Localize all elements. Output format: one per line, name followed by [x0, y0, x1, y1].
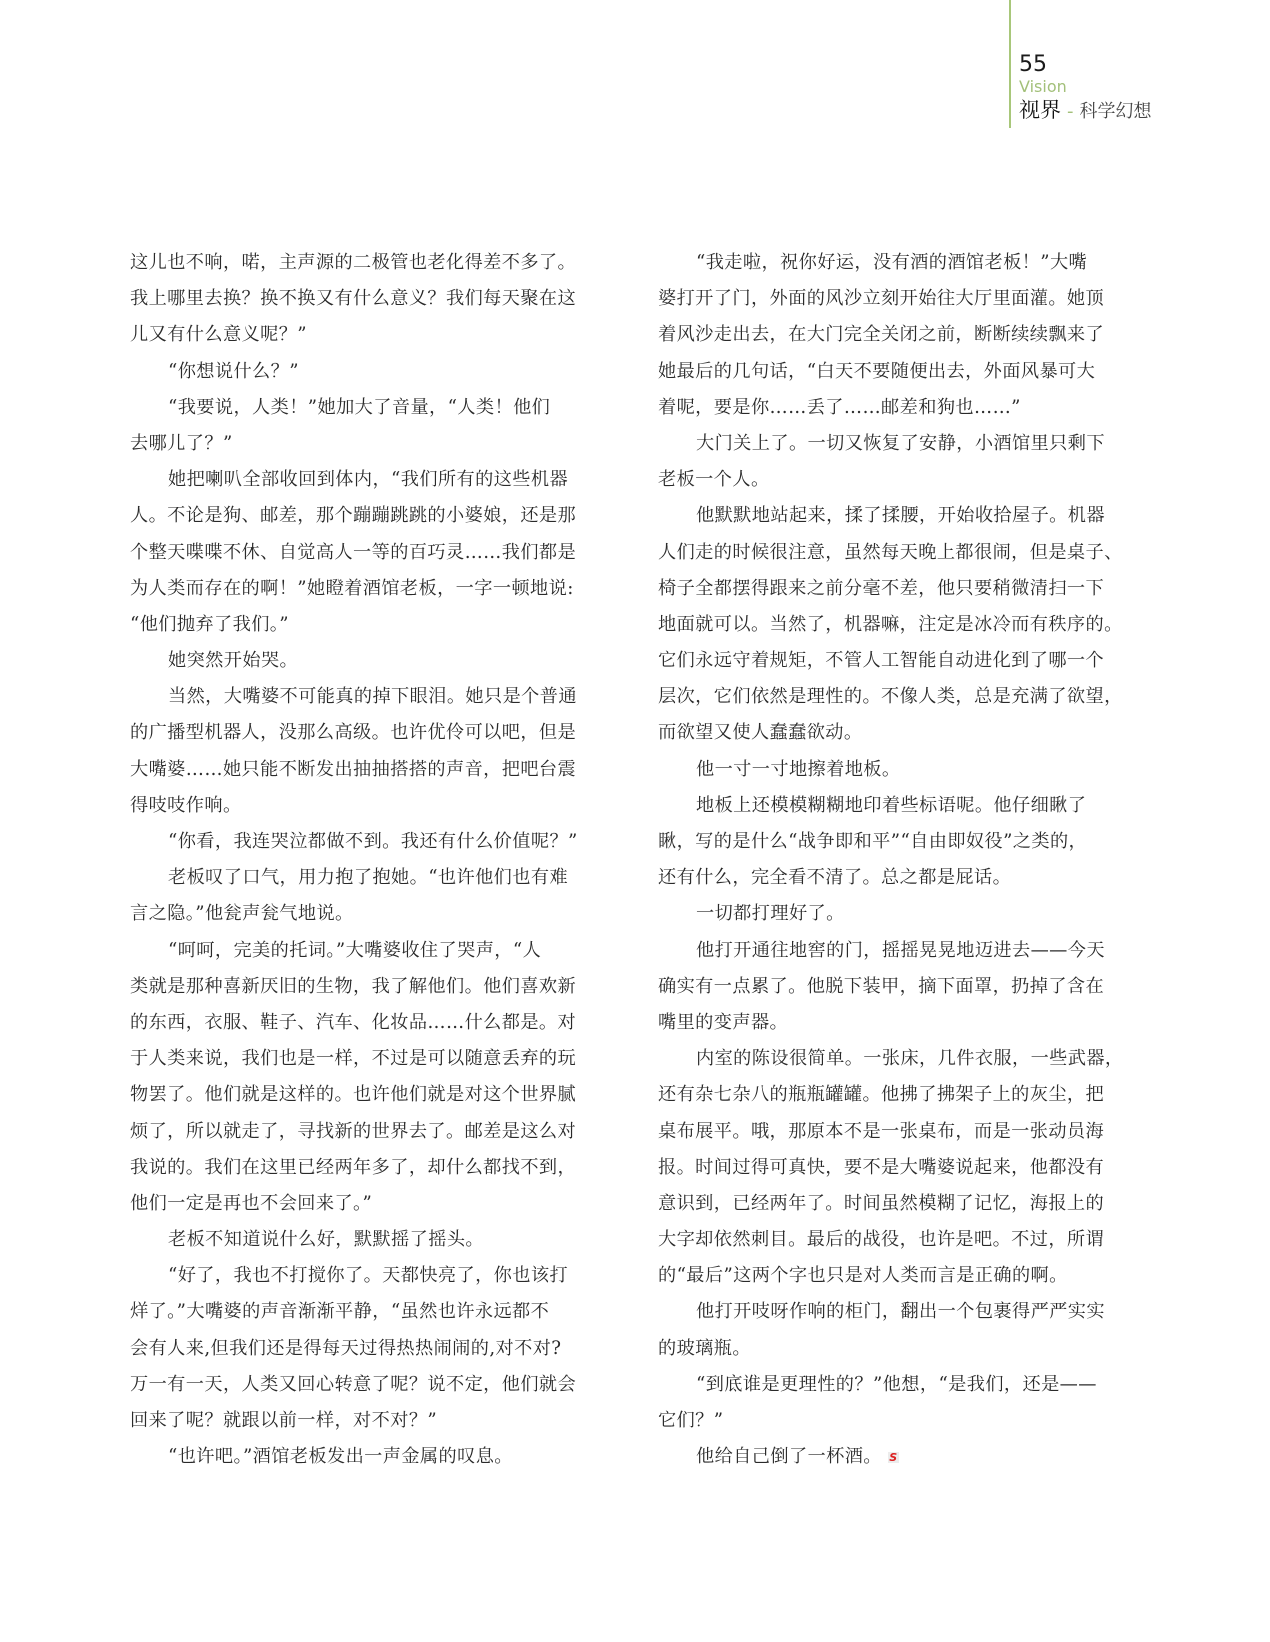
text-line-content: 它们？”: [658, 1410, 723, 1431]
text-line: “也许吧。”酒馆老板发出一声金属的叹息。: [130, 1439, 586, 1475]
text-line: 她突然开始哭。: [130, 643, 586, 679]
text-line-content: 于人类来说，我们也是一样，不过是可以随意丢弃的玩: [130, 1048, 576, 1069]
text-line: 桌布展平。哦，那原本不是一张桌布，而是一张动员海: [658, 1114, 1114, 1150]
text-line-content: 层次，它们依然是理性的。不像人类，总是充满了欲望，: [658, 686, 1123, 707]
text-line: 烦了，所以就走了，寻找新的世界去了。邮差是这么对: [130, 1114, 586, 1150]
right-text-column: “我走啦，祝你好运，没有酒的酒馆老板！”大嘴婆打开了门，外面的风沙立刻开始往大厅…: [658, 245, 1114, 1475]
text-line-content: “呵呵，完美的托词。”大嘴婆收住了哭声，“人: [168, 940, 541, 961]
text-line-content: 老板一个人。: [658, 469, 770, 490]
text-line: 为人类而存在的啊！”她瞪着酒馆老板，一字一顿地说:: [130, 571, 586, 607]
text-line-content: 他打开吱呀作响的柜门，翻出一个包裹得严严实实: [696, 1301, 1105, 1322]
text-line: 老板不知道说什么好，默默摇了摇头。: [130, 1222, 586, 1258]
text-line-content: 桌布展平。哦，那原本不是一张桌布，而是一张动员海: [658, 1121, 1104, 1142]
text-line-content: 嘴里的变声器。: [658, 1012, 788, 1033]
text-line: 它们永远守着规矩，不管人工智能自动进化到了哪一个: [658, 643, 1114, 679]
text-line-content: 确实有一点累了。他脱下装甲，摘下面罩，扔掉了含在: [658, 976, 1104, 997]
text-line: 老板一个人。: [658, 462, 1114, 498]
text-line-content: 会有人来,但我们还是得每天过得热热闹闹的,对不对?: [130, 1338, 561, 1359]
text-line-content: 人们走的时候很注意，虽然每天晚上都很闹，但是桌子、: [658, 542, 1123, 563]
text-line-content: 得吱吱作响。: [130, 795, 242, 816]
text-line: 的广播型机器人，没那么高级。也许优伶可以吧，但是: [130, 715, 586, 751]
text-line-content: 而欲望又使人蠢蠢欲动。: [658, 722, 862, 743]
text-line-content: “他们抛弃了我们。”: [130, 614, 289, 635]
text-line: “你看，我连哭泣都做不到。我还有什么价值呢？”: [130, 824, 586, 860]
text-line: 着风沙走出去，在大门完全关闭之前，断断续续飘来了: [658, 317, 1114, 353]
text-line-content: 的“最后”这两个字也只是对人类而言是正确的啊。: [658, 1265, 1068, 1286]
header-divider-line: [1009, 0, 1011, 128]
text-line: 得吱吱作响。: [130, 788, 586, 824]
left-text-column: 这儿也不响，喏，主声源的二极管也老化得差不多了。我上哪里去换？换不换又有什么意义…: [130, 245, 586, 1475]
text-line: 言之隐。”他瓮声瓮气地说。: [130, 896, 586, 932]
text-line: 它们？”: [658, 1403, 1114, 1439]
text-line: 老板叹了口气，用力抱了抱她。“也许他们也有难: [130, 860, 586, 896]
text-line: “到底谁是更理性的？”他想，“是我们，还是——: [658, 1367, 1114, 1403]
text-line-content: 我说的。我们在这里已经两年多了，却什么都找不到，: [130, 1157, 576, 1178]
text-line: “我要说，人类！”她加大了音量，“人类！他们: [130, 390, 586, 426]
text-line-content: 的玻璃瓶。: [658, 1338, 751, 1359]
text-line: “好了，我也不打搅你了。天都快亮了，你也该打: [130, 1258, 586, 1294]
text-line: 确实有一点累了。他脱下装甲，摘下面罩，扔掉了含在: [658, 969, 1114, 1005]
vision-label: Vision: [1019, 78, 1152, 96]
text-line-content: 她突然开始哭。: [168, 650, 298, 671]
text-line: 类就是那种喜新厌旧的生物，我了解他们。他们喜欢新: [130, 969, 586, 1005]
text-line-content: 烦了，所以就走了，寻找新的世界去了。邮差是这么对: [130, 1121, 576, 1142]
text-line-content: 还有什么，完全看不清了。总之都是屁话。: [658, 867, 1011, 888]
text-line-content: 儿又有什么意义呢？”: [130, 324, 307, 345]
text-line: 意识到，已经两年了。时间虽然模糊了记忆，海报上的: [658, 1186, 1114, 1222]
text-line: 他给自己倒了一杯酒。S: [658, 1439, 1114, 1475]
text-line: 人们走的时候很注意，虽然每天晚上都很闹，但是桌子、: [658, 535, 1114, 571]
text-line: 婆打开了门，外面的风沙立刻开始往大厅里面灌。她顶: [658, 281, 1114, 317]
text-line-content: 她最后的几句话，“白天不要随便出去，外面风暴可大: [658, 361, 1095, 382]
text-line-content: 着呢，要是你……丢了……邮差和狗也……”: [658, 397, 1021, 418]
text-line: 嘴里的变声器。: [658, 1005, 1114, 1041]
text-line: 大字却依然刺目。最后的战役，也许是吧。不过，所谓: [658, 1222, 1114, 1258]
text-line-content: 去哪儿了？”: [130, 433, 233, 454]
text-line-content: 类就是那种喜新厌旧的生物，我了解他们。他们喜欢新: [130, 976, 576, 997]
text-line-content: 他默默地站起来，揉了揉腰，开始收拾屋子。机器: [696, 505, 1105, 526]
page-number: 55: [1019, 52, 1152, 78]
text-line-content: 婆打开了门，外面的风沙立刻开始往大厅里面灌。她顶: [658, 288, 1104, 309]
text-line: 的玻璃瓶。: [658, 1331, 1114, 1367]
text-line-content: 还有杂七杂八的瓶瓶罐罐。他拂了拂架子上的灰尘，把: [658, 1084, 1104, 1105]
text-line-content: 大门关上了。一切又恢复了安静，小酒馆里只剩下: [696, 433, 1105, 454]
text-line-content: 着风沙走出去，在大门完全关闭之前，断断续续飘来了: [658, 324, 1104, 345]
text-line-content: 他一寸一寸地擦着地板。: [696, 759, 900, 780]
section-separator: -: [1067, 101, 1074, 122]
text-line-content: 的东西，衣服、鞋子、汽车、化妆品……什么都是。对: [130, 1012, 576, 1033]
text-line: 她最后的几句话，“白天不要随便出去，外面风暴可大: [658, 354, 1114, 390]
text-line-content: 椅子全都摆得跟来之前分毫不差，他只要稍微清扫一下: [658, 578, 1104, 599]
text-line: 她把喇叭全部收回到体内，“我们所有的这些机器: [130, 462, 586, 498]
text-line-content: 地面就可以。当然了，机器嘛，注定是冰冷而有秩序的。: [658, 614, 1123, 635]
text-line-content: 当然，大嘴婆不可能真的掉下眼泪。她只是个普通: [168, 686, 577, 707]
section-subtitle: 科学幻想: [1080, 101, 1152, 122]
text-line-content: 回来了呢？就跟以前一样，对不对？”: [130, 1410, 437, 1431]
text-line: 去哪儿了？”: [130, 426, 586, 462]
text-line-content: 为人类而存在的啊！”她瞪着酒馆老板，一字一顿地说:: [130, 578, 574, 599]
text-line: 地板上还模模糊糊地印着些标语呢。他仔细瞅了: [658, 788, 1114, 824]
text-line: 个整天喋喋不休、自觉高人一等的百巧灵……我们都是: [130, 535, 586, 571]
text-line-content: 他们一定是再也不会回来了。”: [130, 1193, 372, 1214]
text-line: 椅子全都摆得跟来之前分毫不差，他只要稍微清扫一下: [658, 571, 1114, 607]
text-line-content: 这儿也不响，喏，主声源的二极管也老化得差不多了。: [130, 252, 576, 273]
text-line: 当然，大嘴婆不可能真的掉下眼泪。她只是个普通: [130, 679, 586, 715]
text-line: 他默默地站起来，揉了揉腰，开始收拾屋子。机器: [658, 498, 1114, 534]
text-line: 儿又有什么意义呢？”: [130, 317, 586, 353]
text-line: 着呢，要是你……丢了……邮差和狗也……”: [658, 390, 1114, 426]
text-line-content: 大嘴婆……她只能不断发出抽抽搭搭的声音，把吧台震: [130, 759, 576, 780]
text-line: 地面就可以。当然了，机器嘛，注定是冰冷而有秩序的。: [658, 607, 1114, 643]
text-line-content: 老板不知道说什么好，默默摇了摇头。: [168, 1229, 484, 1250]
text-line: 大门关上了。一切又恢复了安静，小酒馆里只剩下: [658, 426, 1114, 462]
text-line-content: 人。不论是狗、邮差，那个蹦蹦跳跳的小婆娘，还是那: [130, 505, 576, 526]
text-line-content: “你看，我连哭泣都做不到。我还有什么价值呢？”: [168, 831, 578, 852]
text-line: 瞅，写的是什么“战争即和平”“自由即奴役”之类的，: [658, 824, 1114, 860]
text-line-content: “我要说，人类！”她加大了音量，“人类！他们: [168, 397, 550, 418]
text-line-content: 言之隐。”他瓮声瓮气地说。: [130, 903, 354, 924]
text-line: 的东西，衣服、鞋子、汽车、化妆品……什么都是。对: [130, 1005, 586, 1041]
text-line: 一切都打理好了。: [658, 896, 1114, 932]
text-line-content: 地板上还模模糊糊地印着些标语呢。他仔细瞅了: [696, 795, 1086, 816]
text-line: 会有人来,但我们还是得每天过得热热闹闹的,对不对?: [130, 1331, 586, 1367]
text-line-content: 我上哪里去换？换不换又有什么意义？我们每天聚在这: [130, 288, 576, 309]
text-line-content: 他给自己倒了一杯酒。: [696, 1446, 882, 1467]
text-line: 万一有一天，人类又回心转意了呢？说不定，他们就会: [130, 1367, 586, 1403]
text-line: 物罢了。他们就是这样的。也许他们就是对这个世界腻: [130, 1077, 586, 1113]
text-line-content: 报。时间过得可真快，要不是大嘴婆说起来，他都没有: [658, 1157, 1104, 1178]
text-line: 还有什么，完全看不清了。总之都是屁话。: [658, 860, 1114, 896]
text-line: 我上哪里去换？换不换又有什么意义？我们每天聚在这: [130, 281, 586, 317]
text-line: “你想说什么？”: [130, 354, 586, 390]
text-line: 这儿也不响，喏，主声源的二极管也老化得差不多了。: [130, 245, 586, 281]
text-line: 层次，它们依然是理性的。不像人类，总是充满了欲望，: [658, 679, 1114, 715]
text-line-content: 老板叹了口气，用力抱了抱她。“也许他们也有难: [168, 867, 568, 888]
section-heading: 视界-科学幻想: [1019, 96, 1152, 126]
text-line-content: 的广播型机器人，没那么高级。也许优伶可以吧，但是: [130, 722, 576, 743]
text-line-content: 意识到，已经两年了。时间虽然模糊了记忆，海报上的: [658, 1193, 1104, 1214]
text-line-content: 他打开通往地窖的门，摇摇晃晃地迈进去——今天: [696, 940, 1105, 961]
text-line: 报。时间过得可真快，要不是大嘴婆说起来，他都没有: [658, 1150, 1114, 1186]
text-line-content: 物罢了。他们就是这样的。也许他们就是对这个世界腻: [130, 1084, 576, 1105]
text-line-content: “你想说什么？”: [168, 361, 299, 382]
text-line-content: 大字却依然刺目。最后的战役，也许是吧。不过，所谓: [658, 1229, 1104, 1250]
text-line-content: 一切都打理好了。: [696, 903, 845, 924]
text-line: 人。不论是狗、邮差，那个蹦蹦跳跳的小婆娘，还是那: [130, 498, 586, 534]
text-line: 还有杂七杂八的瓶瓶罐罐。他拂了拂架子上的灰尘，把: [658, 1077, 1114, 1113]
text-line-content: 万一有一天，人类又回心转意了呢？说不定，他们就会: [130, 1374, 576, 1395]
text-line: 他打开吱呀作响的柜门，翻出一个包裹得严严实实: [658, 1294, 1114, 1330]
text-line: 回来了呢？就跟以前一样，对不对？”: [130, 1403, 586, 1439]
text-line: “我走啦，祝你好运，没有酒的酒馆老板！”大嘴: [658, 245, 1114, 281]
text-line-content: 烊了。”大嘴婆的声音渐渐平静，“虽然也许永远都不: [130, 1301, 549, 1322]
text-line: 我说的。我们在这里已经两年多了，却什么都找不到，: [130, 1150, 586, 1186]
text-line-content: “到底谁是更理性的？”他想，“是我们，还是——: [696, 1374, 1097, 1395]
text-line: “呵呵，完美的托词。”大嘴婆收住了哭声，“人: [130, 933, 586, 969]
text-line-content: 瞅，写的是什么“战争即和平”“自由即奴役”之类的，: [658, 831, 1087, 852]
text-line: 他一寸一寸地擦着地板。: [658, 752, 1114, 788]
text-line: 烊了。”大嘴婆的声音渐渐平静，“虽然也许永远都不: [130, 1294, 586, 1330]
text-line: 大嘴婆……她只能不断发出抽抽搭搭的声音，把吧台震: [130, 752, 586, 788]
text-line-content: 她把喇叭全部收回到体内，“我们所有的这些机器: [168, 469, 568, 490]
end-mark-icon: S: [888, 1452, 899, 1463]
text-line: 他们一定是再也不会回来了。”: [130, 1186, 586, 1222]
text-line-content: “也许吧。”酒馆老板发出一声金属的叹息。: [168, 1446, 513, 1467]
section-title: 视界: [1019, 98, 1061, 122]
text-line: 的“最后”这两个字也只是对人类而言是正确的啊。: [658, 1258, 1114, 1294]
text-line-content: 它们永远守着规矩，不管人工智能自动进化到了哪一个: [658, 650, 1104, 671]
text-line: 他打开通往地窖的门，摇摇晃晃地迈进去——今天: [658, 933, 1114, 969]
text-line-content: “我走啦，祝你好运，没有酒的酒馆老板！”大嘴: [696, 252, 1087, 273]
text-line-content: 内室的陈设很简单。一张床，几件衣服，一些武器，: [696, 1048, 1124, 1069]
page-header: 55 Vision 视界-科学幻想: [1019, 52, 1152, 126]
text-line: 而欲望又使人蠢蠢欲动。: [658, 715, 1114, 751]
text-line-content: 个整天喋喋不休、自觉高人一等的百巧灵……我们都是: [130, 542, 576, 563]
text-line: “他们抛弃了我们。”: [130, 607, 586, 643]
text-line: 于人类来说，我们也是一样，不过是可以随意丢弃的玩: [130, 1041, 586, 1077]
text-line: 内室的陈设很简单。一张床，几件衣服，一些武器，: [658, 1041, 1114, 1077]
text-line-content: “好了，我也不打搅你了。天都快亮了，你也该打: [168, 1265, 568, 1286]
